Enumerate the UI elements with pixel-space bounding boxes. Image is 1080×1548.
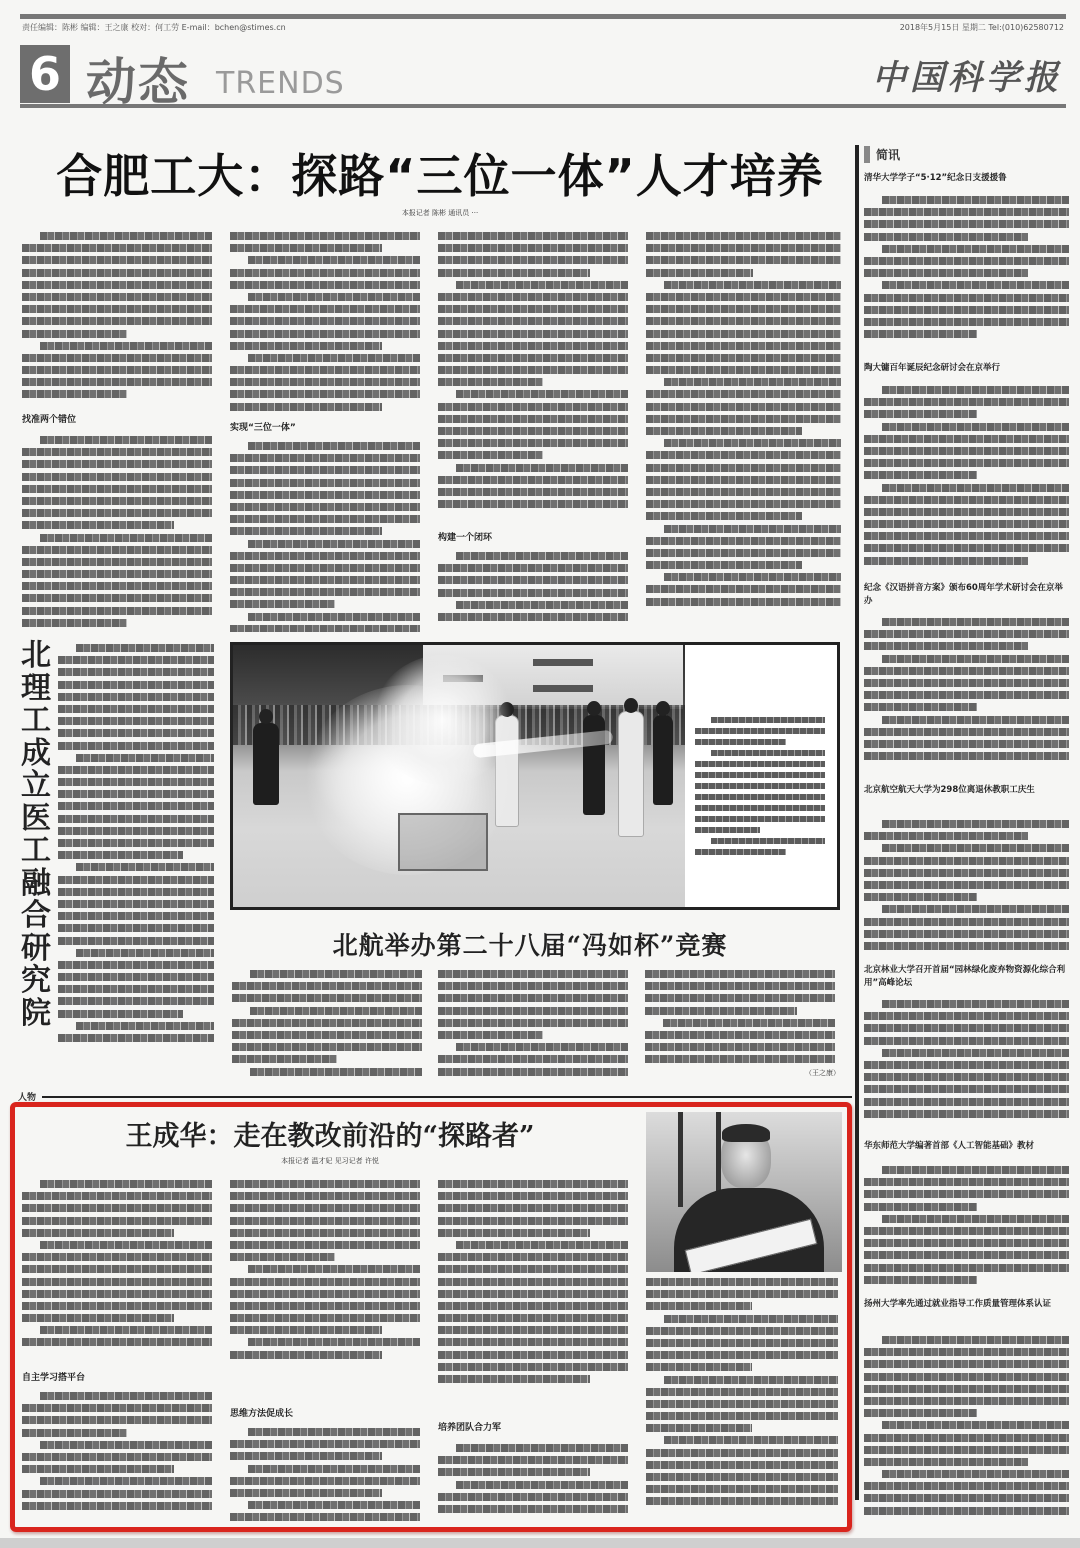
feature-headline: 王成华：走在教改前沿的“探路者” bbox=[40, 1114, 620, 1153]
feature-subhead-1: 自主学习搭平台 bbox=[22, 1370, 85, 1383]
lead-byline: 本报记者 陈彬 通讯员 ··· bbox=[330, 208, 550, 218]
feature-col-1a bbox=[22, 1180, 212, 1360]
feature-subhead-2: 思维方法促成长 bbox=[230, 1406, 293, 1419]
editor-info: 责任编辑：陈彬 编辑：王之康 校对：何工劳 E-mail：bchen@stime… bbox=[22, 22, 286, 36]
briefs-label: 简讯 bbox=[864, 146, 900, 163]
side-vertical-headline: 北理工成立医工融合研究院 bbox=[18, 640, 54, 1030]
feature-col-2b bbox=[230, 1428, 420, 1522]
photo-person bbox=[618, 711, 644, 837]
newspaper-page: 责任编辑：陈彬 编辑：王之康 校对：何工劳 E-mail：bchen@stime… bbox=[0, 0, 1080, 1548]
side-article-body bbox=[58, 644, 214, 1074]
feature-subhead-3: 培养团队合力军 bbox=[438, 1420, 501, 1433]
brief-title: 华东师范大学编著首部《人工智能基础》教材 bbox=[864, 1140, 1069, 1153]
feature-col-3b bbox=[438, 1444, 628, 1522]
beihang-col-1 bbox=[232, 970, 422, 1082]
lead-subhead-1: 找准两个错位 bbox=[22, 412, 76, 425]
brief-title: 北京航空航天大学为298位离退休教职工庆生 bbox=[864, 784, 1069, 797]
brief-title: 扬州大学率先通过就业指导工作质量管理体系认证 bbox=[864, 1298, 1069, 1311]
lead-col-3a bbox=[438, 232, 628, 522]
fire-drill-photo bbox=[233, 645, 685, 907]
brief-body bbox=[864, 1166, 1069, 1286]
brief-title: 纪念《汉语拼音方案》颁布60周年学术研讨会在京举办 bbox=[864, 582, 1069, 608]
photo-person bbox=[653, 715, 673, 805]
sidebar-rule bbox=[855, 145, 859, 1500]
lead-subhead-2: 实现“三位一体” bbox=[230, 420, 296, 433]
paper-logo: 中国科学报 bbox=[872, 50, 1062, 99]
feature-col-3a bbox=[438, 1180, 628, 1395]
footer-band bbox=[0, 1538, 1080, 1548]
section-title-en: TRENDS bbox=[216, 66, 345, 101]
lead-col-2b bbox=[230, 442, 420, 632]
page-number-badge: 6 bbox=[20, 45, 70, 103]
feature-byline: 本报记者 温才妃 见习记者 许悦 bbox=[230, 1156, 430, 1166]
lead-col-1a bbox=[22, 232, 212, 410]
top-rule bbox=[20, 14, 1066, 19]
masthead-meta: 责任编辑：陈彬 编辑：王之康 校对：何工劳 E-mail：bchen@stime… bbox=[22, 22, 1064, 36]
brief-body bbox=[864, 196, 1069, 346]
fire-pan bbox=[398, 813, 488, 871]
lead-headline: 合肥工大：探路“三位一体”人才培养 bbox=[30, 140, 850, 206]
lead-col-2a bbox=[230, 232, 420, 412]
photo-caption bbox=[695, 717, 825, 860]
brief-body bbox=[864, 820, 1069, 950]
beihang-col-2 bbox=[438, 970, 628, 1082]
portrait-photo bbox=[646, 1112, 842, 1272]
brief-body bbox=[864, 1336, 1069, 1522]
feature-col-4 bbox=[646, 1278, 838, 1522]
lead-col-3b bbox=[438, 552, 628, 632]
brief-title: 陶大镛百年诞辰纪念研讨会在京举行 bbox=[864, 362, 1069, 375]
section-tag-rule bbox=[42, 1096, 852, 1098]
photo-person bbox=[253, 723, 279, 805]
beihang-headline: 北航举办第二十八届“冯如杯”竞赛 bbox=[240, 926, 820, 962]
lead-col-1b bbox=[22, 436, 212, 632]
feature-col-2a bbox=[230, 1180, 420, 1370]
brief-body bbox=[864, 1000, 1069, 1130]
beihang-credit: （王之康） bbox=[790, 1068, 840, 1078]
lead-col-4 bbox=[646, 232, 841, 632]
lead-subhead-3: 构建一个闭环 bbox=[438, 530, 492, 543]
date-info: 2018年5月15日 星期二 Tel:(010)62580712 bbox=[900, 22, 1064, 36]
brief-title: 北京林业大学召开首届“园林绿化废弃物资源化综合利用”高峰论坛 bbox=[864, 964, 1069, 990]
brief-title: 清华大学学子“5·12”纪念日支援援鲁 bbox=[864, 172, 1069, 185]
beihang-col-3 bbox=[645, 970, 835, 1068]
feature-col-1b bbox=[22, 1392, 212, 1520]
brief-body bbox=[864, 618, 1069, 768]
masthead-rule bbox=[20, 104, 1066, 108]
brief-body bbox=[864, 386, 1069, 572]
photo-frame bbox=[230, 642, 840, 910]
